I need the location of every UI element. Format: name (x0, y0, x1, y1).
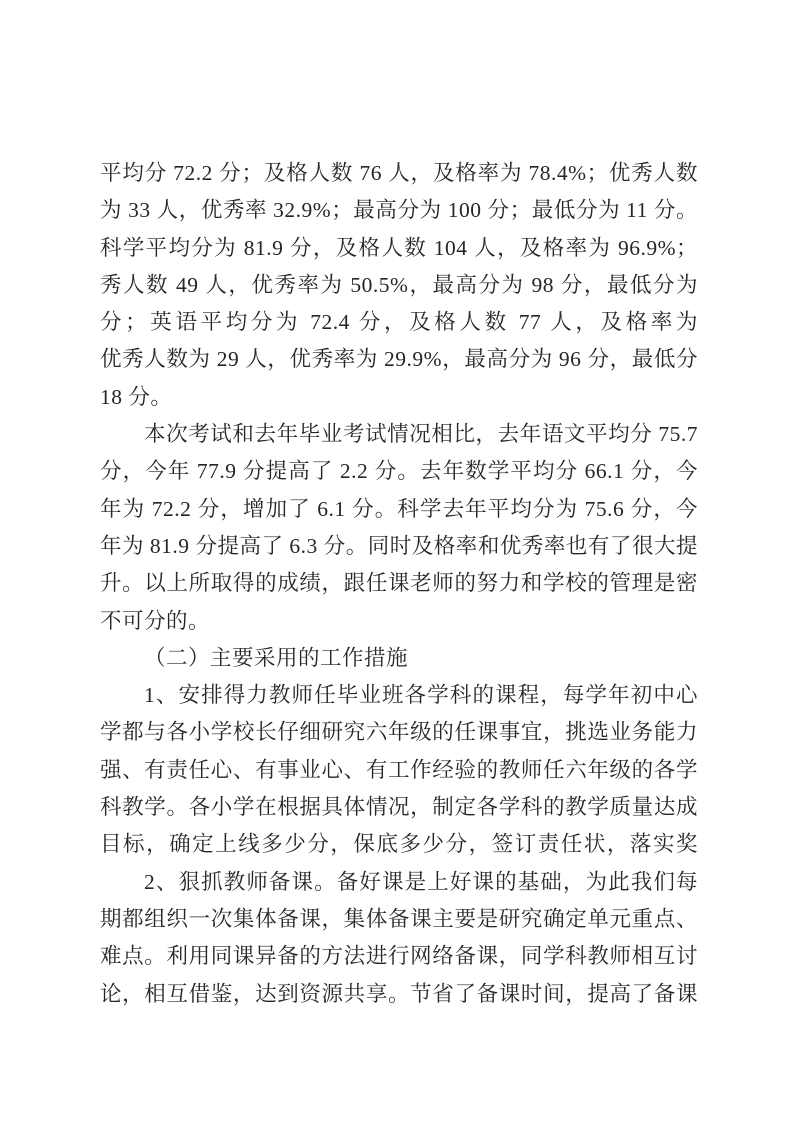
document-line: 分；英语平均分为 72.4 分，及格人数 77 人，及格率为 79.4%， (100, 304, 698, 341)
document-line paragraph-start: 本次考试和去年毕业考试情况相比，去年语文平均分 75.7 (100, 416, 698, 453)
document-line: 学都与各小学校长仔细研究六年级的任课事宜，挑选业务能力 (100, 714, 698, 751)
document-line paragraph-end: 目标，确定上线多少分，保底多少分，签订责任状，落实奖惩。 (100, 826, 698, 863)
document-page: 平均分 72.2 分；及格人数 76 人，及格率为 78.4%；优秀人数 为 3… (0, 0, 793, 1122)
document-line paragraph-end: 不可分的。 (100, 603, 698, 640)
document-line: 优秀人数为 29 人，优秀率为 29.9%，最高分为 96 分，最低分 (100, 341, 698, 378)
document-line: 升。以上所取得的成绩，跟任课老师的努力和学校的管理是密 (100, 565, 698, 602)
document-line: 论，相互借鉴，达到资源共享。节省了备课时间，提高了备课 (100, 976, 698, 1013)
document-line: 期都组织一次集体备课，集体备课主要是研究确定单元重点、 (100, 901, 698, 938)
document-line paragraph-end: 18 分。 (100, 379, 698, 416)
document-line: 年为 81.9 分提高了 6.3 分。同时及格率和优秀率也有了很大提 (100, 528, 698, 565)
document-line: 为 33 人，优秀率 32.9%；最高分为 100 分；最低分为 11 分。 (100, 192, 698, 229)
document-line: 科学平均分为 81.9 分，及格人数 104 人，及格率为 96.9%；优 (100, 230, 698, 267)
document-line: 难点。利用同课异备的方法进行网络备课，同学科教师相互讨 (100, 938, 698, 975)
document-line: 科教学。各小学在根据具体情况，制定各学科的教学质量达成 (100, 789, 698, 826)
document-line: 分，今年 77.9 分提高了 2.2 分。去年数学平均分 66.1 分，今 (100, 453, 698, 490)
document-line: 年为 72.2 分，增加了 6.1 分。科学去年平均分为 75.6 分，今 (100, 491, 698, 528)
document-line: 秀人数 49 人，优秀率为 50.5%，最高分为 98 分，最低分为 47 (100, 267, 698, 304)
document-line paragraph-start: 1、安排得力教师任毕业班各学科的课程，每学年初中心小 (100, 677, 698, 714)
document-section-heading: （二）主要采用的工作措施 (100, 640, 698, 677)
document-line: 强、有责任心、有事业心、有工作经验的教师任六年级的各学 (100, 752, 698, 789)
document-line: 平均分 72.2 分；及格人数 76 人，及格率为 78.4%；优秀人数 (100, 155, 698, 192)
document-body: 平均分 72.2 分；及格人数 76 人，及格率为 78.4%；优秀人数 为 3… (100, 155, 698, 1013)
document-line paragraph-start: 2、狠抓教师备课。备好课是上好课的基础，为此我们每学 (100, 864, 698, 901)
